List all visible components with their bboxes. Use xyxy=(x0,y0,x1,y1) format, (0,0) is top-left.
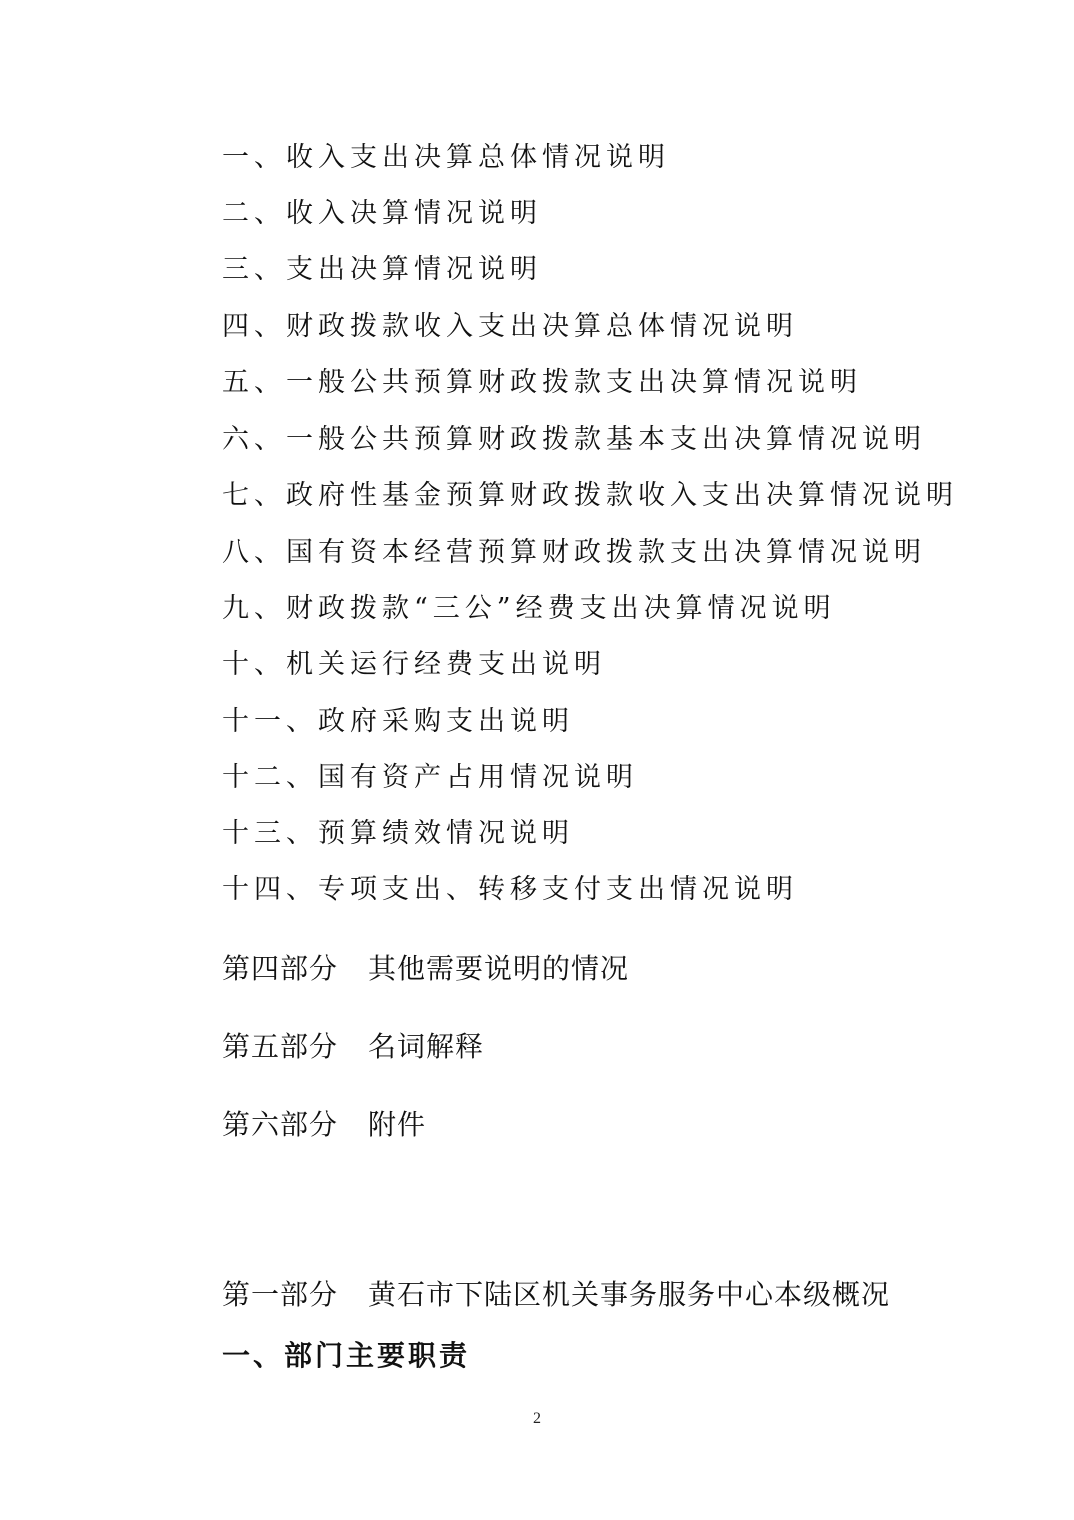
part-title: 黄石市下陆区机关事务服务中心本级概况 xyxy=(368,1278,890,1311)
part-title: 附件 xyxy=(368,1108,426,1141)
toc-item: 十、机关运行经费支出说明 xyxy=(222,647,606,683)
part-number: 第一部分 xyxy=(222,1276,338,1314)
section-heading: 一、部门主要职责 xyxy=(222,1337,470,1375)
toc-item: 二、收入决算情况说明 xyxy=(222,196,542,232)
toc-item: 十一、政府采购支出说明 xyxy=(222,704,574,740)
toc-item: 五、一般公共预算财政拨款支出决算情况说明 xyxy=(222,365,862,401)
part-number: 第四部分 xyxy=(222,950,338,988)
toc-part-six: 第六部分附件 xyxy=(222,1106,426,1144)
toc-item: 四、财政拨款收入支出决算总体情况说明 xyxy=(222,309,798,345)
page-number: 2 xyxy=(0,1410,1074,1428)
toc-part-four: 第四部分其他需要说明的情况 xyxy=(222,950,629,988)
toc-item: 三、支出决算情况说明 xyxy=(222,252,542,288)
toc-item: 一、收入支出决算总体情况说明 xyxy=(222,140,670,176)
toc-item: 六、一般公共预算财政拨款基本支出决算情况说明 xyxy=(222,422,926,458)
toc-item: 十三、预算绩效情况说明 xyxy=(222,816,574,852)
toc-part-five: 第五部分名词解释 xyxy=(222,1028,484,1066)
part-title: 名词解释 xyxy=(368,1030,484,1063)
part-number: 第六部分 xyxy=(222,1106,338,1144)
part-title: 其他需要说明的情况 xyxy=(368,952,629,985)
toc-item: 七、政府性基金预算财政拨款收入支出决算情况说明 xyxy=(222,478,958,514)
toc-item: 十四、专项支出、转移支付支出情况说明 xyxy=(222,872,798,908)
part-one-heading: 第一部分黄石市下陆区机关事务服务中心本级概况 xyxy=(222,1276,890,1314)
part-number: 第五部分 xyxy=(222,1028,338,1066)
toc-item: 八、国有资本经营预算财政拨款支出决算情况说明 xyxy=(222,535,926,571)
toc-item: 九、财政拨款“三公”经费支出决算情况说明 xyxy=(222,591,836,627)
toc-item: 十二、国有资产占用情况说明 xyxy=(222,760,638,796)
